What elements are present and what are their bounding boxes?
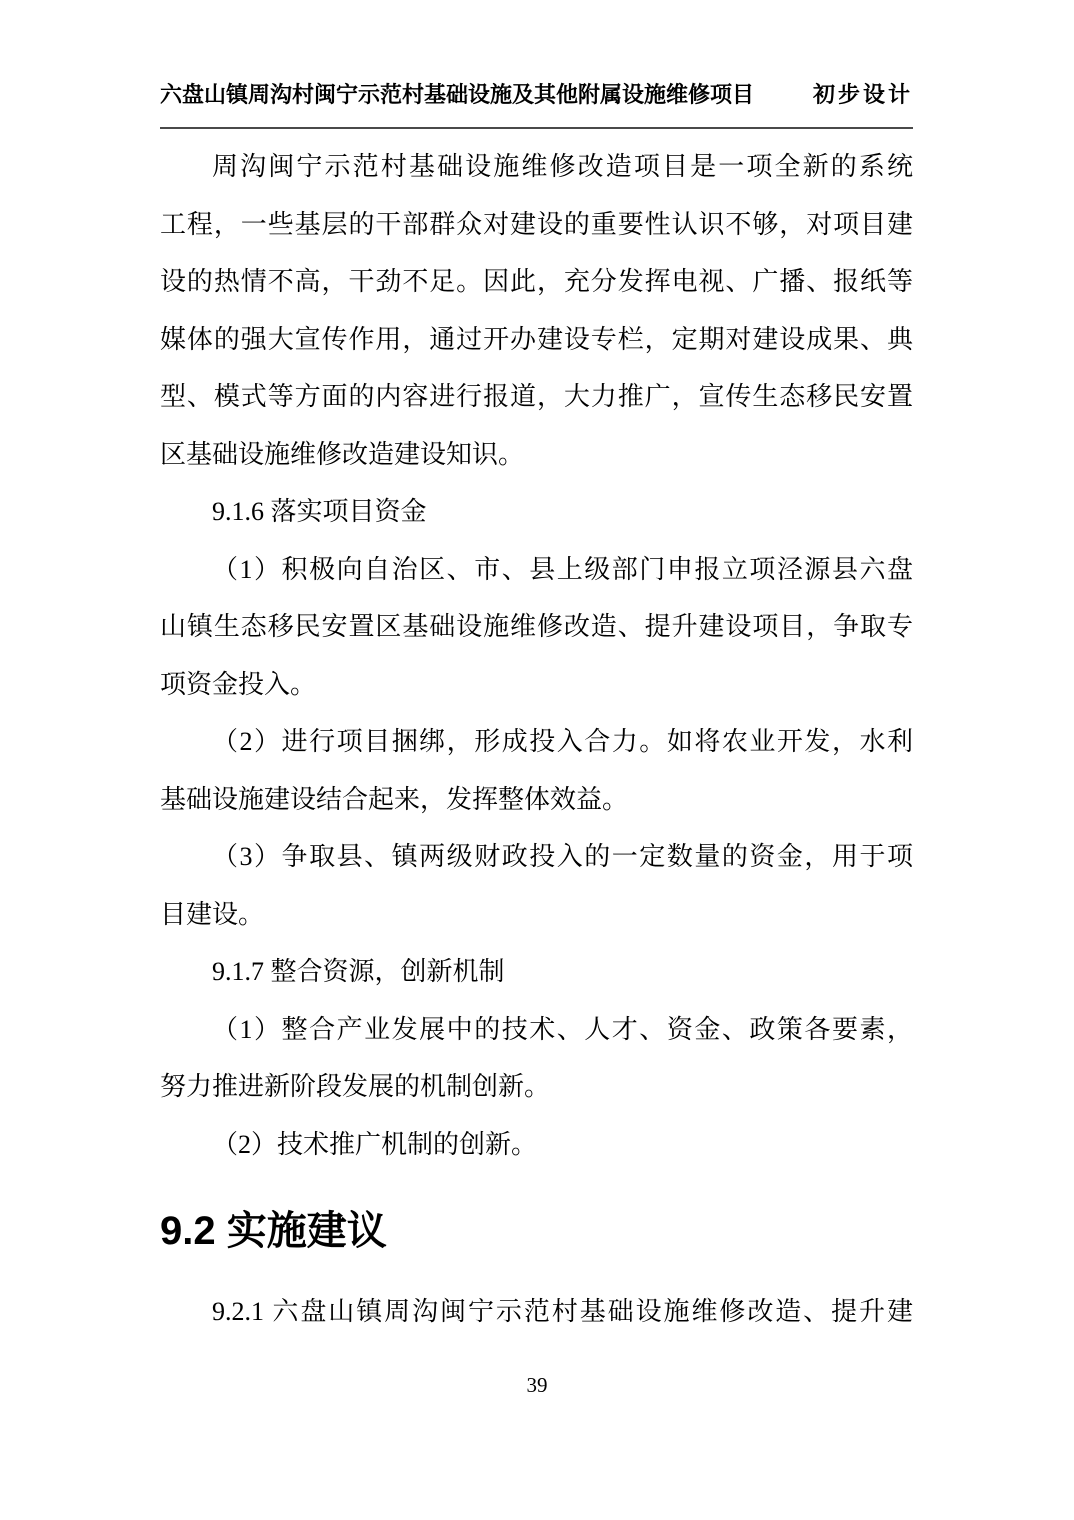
text-line: 型、模式等方面的内容进行报道，大力推广，宣传生态移民安置 — [160, 368, 913, 426]
text-line: 目建设。 — [160, 886, 913, 944]
text-line: 工程，一些基层的干部群众对建设的重要性认识不够，对项目建 — [160, 196, 913, 254]
text-line: 周沟闽宁示范村基础设施维修改造项目是一项全新的系统 — [160, 138, 913, 196]
page-footer: 39 — [0, 1372, 1074, 1398]
text-line: （3）争取县、镇两级财政投入的一定数量的资金，用于项 — [160, 828, 913, 886]
header-doc-type: 初步设计 — [813, 82, 913, 108]
header-title: 六盘山镇周沟村闽宁示范村基础设施及其他附属设施维修项目 — [160, 82, 754, 108]
document-body: 周沟闽宁示范村基础设施维修改造项目是一项全新的系统工程，一些基层的干部群众对建设… — [160, 138, 913, 1341]
text-line: （2）进行项目捆绑，形成投入合力。如将农业开发，水利 — [160, 713, 913, 771]
document-page: 六盘山镇周沟村闽宁示范村基础设施及其他附属设施维修项目 初步设计 周沟闽宁示范村… — [0, 0, 1074, 1520]
text-line: 努力推进新阶段发展的机制创新。 — [160, 1058, 913, 1116]
page-header: 六盘山镇周沟村闽宁示范村基础设施及其他附属设施维修项目 初步设计 — [160, 82, 913, 129]
text-line: 9.1.7 整合资源，创新机制 — [160, 943, 913, 1001]
text-line: （1）整合产业发展中的技术、人才、资金、政策各要素， — [160, 1001, 913, 1059]
text-line: （1）积极向自治区、市、县上级部门申报立项泾源县六盘 — [160, 541, 913, 599]
text-line: 9.1.6 落实项目资金 — [160, 483, 913, 541]
text-line: 项资金投入。 — [160, 656, 913, 714]
text-line: 设的热情不高，干劲不足。因此，充分发挥电视、广播、报纸等 — [160, 253, 913, 311]
text-line: 媒体的强大宣传作用，通过开办建设专栏，定期对建设成果、典 — [160, 311, 913, 369]
text-line: （2）技术推广机制的创新。 — [160, 1116, 913, 1174]
text-line: 区基础设施维修改造建设知识。 — [160, 426, 913, 484]
text-line: 基础设施建设结合起来，发挥整体效益。 — [160, 771, 913, 829]
text-line: 9.2.1 六盘山镇周沟闽宁示范村基础设施维修改造、提升建 — [160, 1283, 913, 1341]
text-line: 山镇生态移民安置区基础设施维修改造、提升建设项目，争取专 — [160, 598, 913, 656]
page-number: 39 — [527, 1373, 548, 1397]
section-heading: 9.2 实施建议 — [160, 1199, 913, 1263]
